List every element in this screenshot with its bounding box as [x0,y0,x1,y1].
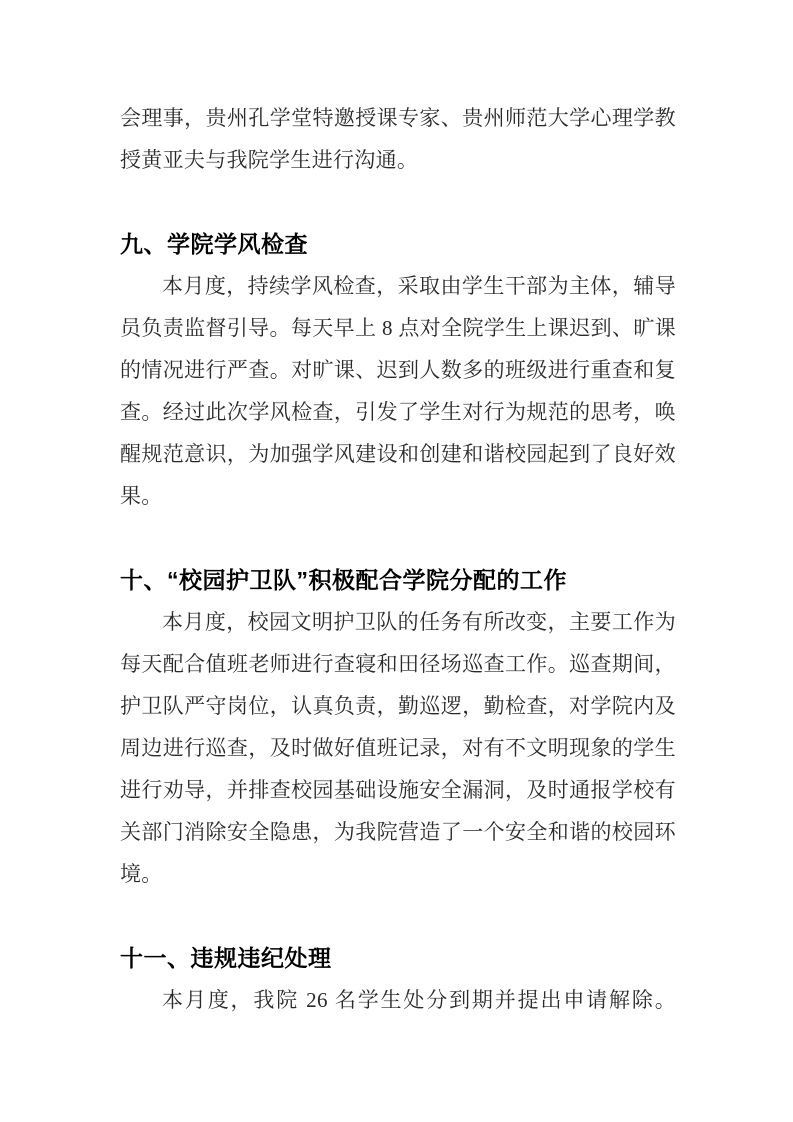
section-9-heading: 九、学院学风检查 [120,223,676,265]
text-line: 员负责监督引导。每天早上 8 点对全院学生上课迟到、旷课 [120,307,676,349]
text-line: 本月度，我院 26 名学生处分到期并提出申请解除。 [120,979,676,1021]
section-11-heading: 十一、违规违纪处理 [120,937,676,979]
text-line: 进行劝导，并排查校园基础设施安全漏洞，及时通报学校有 [120,769,676,811]
text-line: 授黄亚夫与我院学生进行沟通。 [120,139,676,181]
text-line: 醒规范意识，为加强学风建设和创建和谐校园起到了良好效 [120,433,676,475]
text-line: 境。 [120,853,676,895]
text-line: 本月度，持续学风检查，采取由学生干部为主体，辅导 [120,265,676,307]
section-10-paragraph: 本月度，校园文明护卫队的任务有所改变，主要工作为 每天配合值班老师进行查寝和田径… [120,601,676,895]
document-page: 会理事，贵州孔学堂特邀授课专家、贵州师范大学心理学教 授黄亚夫与我院学生进行沟通… [0,0,793,1122]
text-line: 本月度，校园文明护卫队的任务有所改变，主要工作为 [120,601,676,643]
section-9-paragraph: 本月度，持续学风检查，采取由学生干部为主体，辅导 员负责监督引导。每天早上 8 … [120,265,676,517]
intro-paragraph: 会理事，贵州孔学堂特邀授课专家、贵州师范大学心理学教 授黄亚夫与我院学生进行沟通… [120,97,676,181]
text-line: 的情况进行严查。对旷课、迟到人数多的班级进行重查和复 [120,349,676,391]
text-line: 关部门消除安全隐患，为我院营造了一个安全和谐的校园环 [120,811,676,853]
text-line: 每天配合值班老师进行查寝和田径场巡查工作。巡查期间， [120,643,676,685]
text-line: 周边进行巡查，及时做好值班记录，对有不文明现象的学生 [120,727,676,769]
text-line: 会理事，贵州孔学堂特邀授课专家、贵州师范大学心理学教 [120,97,676,139]
text-line: 护卫队严守岗位，认真负责，勤巡逻，勤检查，对学院内及 [120,685,676,727]
text-line: 果。 [120,475,676,517]
section-11-paragraph: 本月度，我院 26 名学生处分到期并提出申请解除。 [120,979,676,1021]
section-10-heading: 十、“校园护卫队”积极配合学院分配的工作 [120,559,676,601]
text-line: 查。经过此次学风检查，引发了学生对行为规范的思考，唤 [120,391,676,433]
